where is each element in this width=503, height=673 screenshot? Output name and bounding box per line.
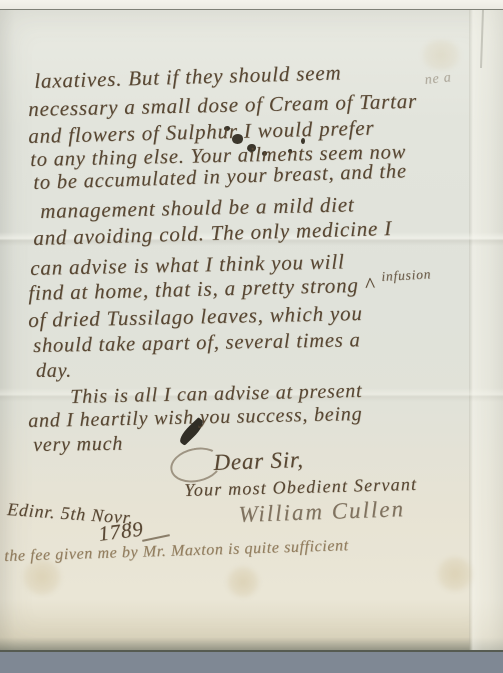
paper-stain: [418, 40, 464, 70]
letter-line: should take apart of, several times a: [33, 329, 361, 358]
signature: William Cullen: [238, 496, 405, 528]
letter-line: very much: [33, 433, 123, 457]
pen-flourish: [142, 534, 170, 542]
annotation-note: the fee given me by Mr. Maxton is quite …: [4, 537, 349, 566]
letter-line: day.: [36, 360, 72, 383]
paper-stain: [226, 566, 260, 598]
backing-page-edge: [0, 0, 503, 10]
salutation: Dear Sir,: [213, 447, 304, 476]
torn-right-edge: [469, 10, 503, 650]
letter-line: laxatives. But if they should seem: [34, 60, 342, 94]
letter-line: of dried Tussilago leaves, which you: [28, 301, 363, 333]
paper-stain: [436, 556, 474, 592]
letter-paper: laxatives. But if they should seem ne a …: [0, 10, 503, 652]
inserted-word: infusion: [381, 266, 432, 285]
dateline-year: 1789: [97, 516, 145, 546]
letter-scan: laxatives. But if they should seem ne a …: [0, 0, 503, 673]
faint-text-fragment: ne a: [424, 70, 452, 89]
